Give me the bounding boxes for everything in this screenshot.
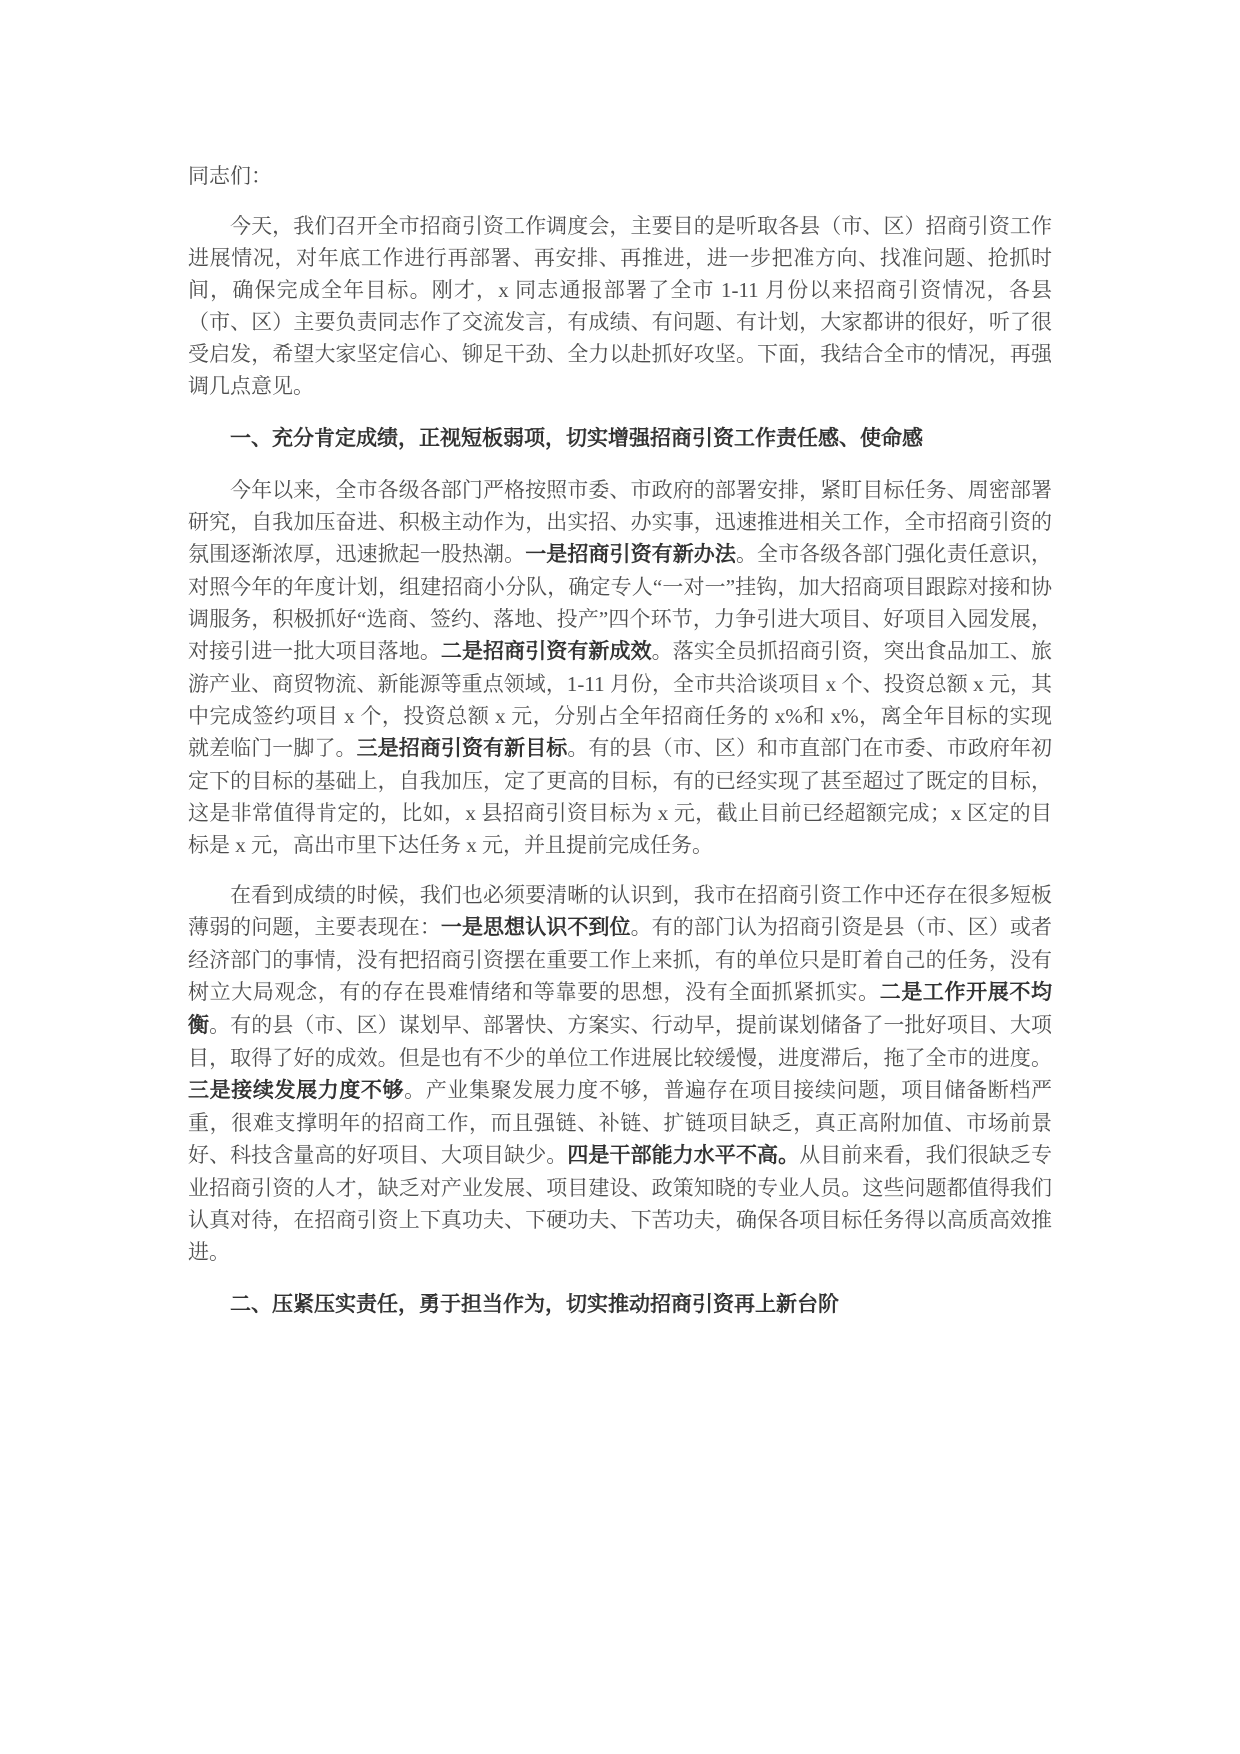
intro-paragraph: 今天，我们召开全市招商引资工作调度会，主要目的是听取各县（市、区）招商引资工作进…	[188, 210, 1052, 402]
bold-text-run: 一是思想认识不到位	[441, 916, 631, 939]
bold-text-run: 一是招商引资有新办法	[525, 543, 736, 566]
bold-text-run: 三是接续发展力度不够	[188, 1079, 404, 1102]
text-run: 今天，我们召开全市招商引资工作调度会，主要目的是听取各县（市、区）招商引资工作进…	[188, 214, 1052, 398]
document-page: 同志们：今天，我们召开全市招商引资工作调度会，主要目的是听取各县（市、区）招商引…	[0, 0, 1240, 1754]
section-1-problems-paragraph: 在看到成绩的时候，我们也必须要清晰的认识到，我市在招商引资工作中还存在很多短板薄…	[188, 879, 1052, 1268]
salutation: 同志们：	[188, 160, 1052, 192]
section-2-heading: 二、压紧压实责任，勇于担当作为，切实推动招商引资再上新台阶	[188, 1288, 1052, 1322]
bold-text-run: 二、压紧压实责任，勇于担当作为，切实推动招商引资再上新台阶	[230, 1293, 839, 1316]
text-run: 。有的县（市、区）谋划早、部署快、方案实、行动早，提前谋划储备了一批好项目、大项…	[188, 1013, 1052, 1070]
bold-text-run: 三是招商引资有新目标	[357, 737, 568, 760]
section-1-achievements-paragraph: 今年以来，全市各级各部门严格按照市委、市政府的部署安排，紧盯目标任务、周密部署研…	[188, 474, 1052, 861]
bold-text-run: 二是招商引资有新成效	[441, 640, 652, 663]
bold-text-run: 一、充分肯定成绩，正视短板弱项，切实增强招商引资工作责任感、使命感	[230, 427, 923, 450]
bold-text-run: 四是干部能力水平不高。	[567, 1144, 799, 1167]
text-run: 同志们：	[188, 164, 272, 188]
document-body: 同志们：今天，我们召开全市招商引资工作调度会，主要目的是听取各县（市、区）招商引…	[188, 160, 1052, 1340]
section-1-heading: 一、充分肯定成绩，正视短板弱项，切实增强招商引资工作责任感、使命感	[188, 422, 1052, 456]
